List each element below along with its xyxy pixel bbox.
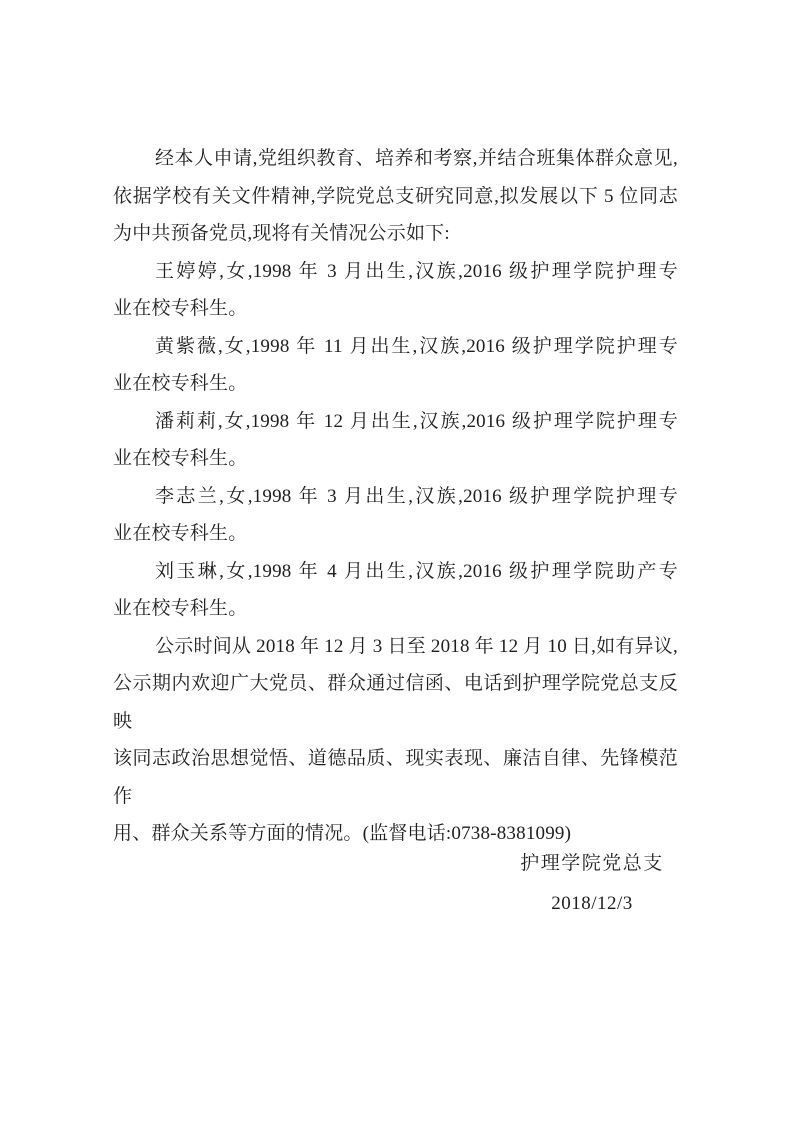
body-line: 业在校专科生。 (113, 365, 678, 403)
signature-organization: 护理学院党总支 (516, 852, 668, 876)
body-line: 为中共预备党员,现将有关情况公示如下: (113, 215, 678, 253)
body-line: 业在校专科生。 (113, 515, 678, 553)
body-line: 黄紫薇,女,1998 年 11 月出生,汉族,2016 级护理学院护理专 (113, 328, 678, 366)
body-line: 李志兰,女,1998 年 3 月出生,汉族,2016 级护理学院护理专 (113, 478, 678, 516)
signature-block: 护理学院党总支 2018/12/3 (516, 852, 668, 916)
body-line: 业在校专科生。 (113, 290, 678, 328)
document-page: 经本人申请,党组织教育、培养和考察,并结合班集体群众意见, 依据学校有关文件精神… (0, 0, 793, 1122)
signature-date: 2018/12/3 (516, 892, 668, 916)
body-line: 王婷婷,女,1998 年 3 月出生,汉族,2016 级护理学院护理专 (113, 253, 678, 291)
body-line: 潘莉莉,女,1998 年 12 月出生,汉族,2016 级护理学院护理专 (113, 403, 678, 441)
document-body: 经本人申请,党组织教育、培养和考察,并结合班集体群众意见, 依据学校有关文件精神… (113, 140, 678, 853)
body-line: 该同志政治思想觉悟、道德品质、现实表现、廉洁自律、先锋模范作 (113, 740, 678, 815)
body-line: 业在校专科生。 (113, 590, 678, 628)
body-line: 公示时间从 2018 年 12 月 3 日至 2018 年 12 月 10 日,… (113, 628, 678, 666)
body-line: 用、群众关系等方面的情况。(监督电话:0738-8381099) (113, 815, 678, 853)
body-line: 业在校专科生。 (113, 440, 678, 478)
body-line: 公示期内欢迎广大党员、群众通过信函、电话到护理学院党总支反映 (113, 665, 678, 740)
body-line: 刘玉琳,女,1998 年 4 月出生,汉族,2016 级护理学院助产专 (113, 553, 678, 591)
body-line: 经本人申请,党组织教育、培养和考察,并结合班集体群众意见, (113, 140, 678, 178)
body-line: 依据学校有关文件精神,学院党总支研究同意,拟发展以下 5 位同志 (113, 178, 678, 216)
